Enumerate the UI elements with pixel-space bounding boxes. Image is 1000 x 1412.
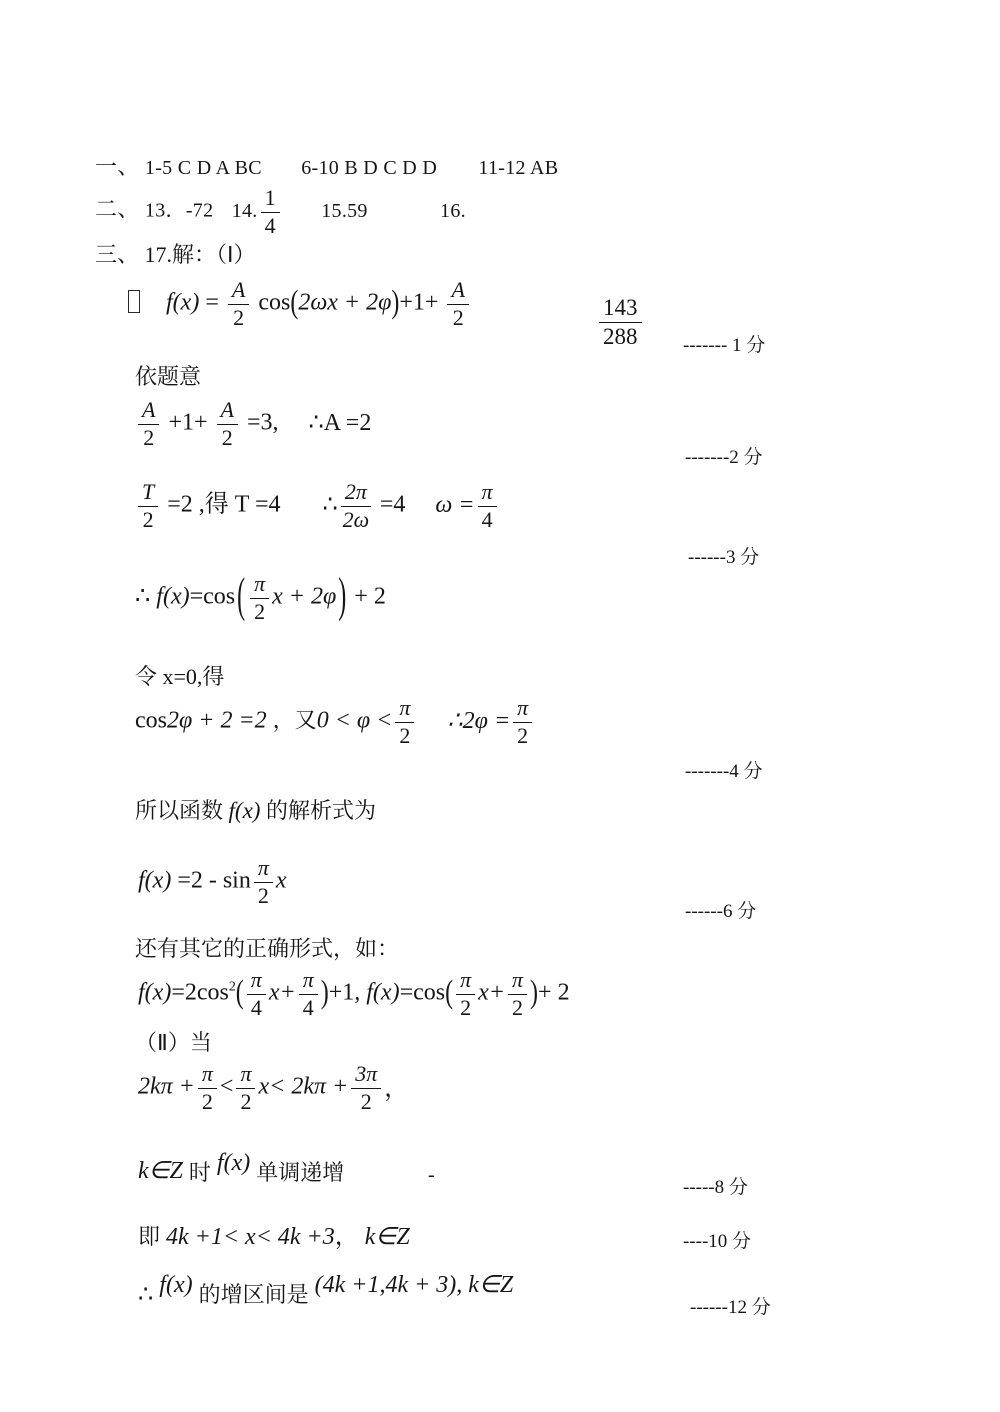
x-var: x: [276, 868, 287, 894]
formula-period: T2 =2 ,得 T =4 ∴2π2ω =4 ω =π4: [0, 480, 1000, 532]
fraction-pi-over-4: π4: [478, 480, 497, 532]
cos-label: cos: [135, 708, 167, 734]
formula-phase: cos2φ + 2 =2 ，又0 < φ <π2 ∴2φ =π2: [0, 696, 1000, 748]
line-solution-interval: 即 4k +1< x< 4k +3， k∈Z: [0, 1216, 1000, 1251]
text-other-forms: 还有其它的正确形式，如：: [0, 932, 1000, 963]
score-mark-10: ----10 分: [683, 1226, 751, 1253]
sin-label: sin: [223, 868, 251, 894]
fraction-t-over-2: T2: [138, 480, 158, 532]
x-plus: x+: [478, 980, 505, 1006]
equals-two-get-t: =2 ,得 T =4: [167, 492, 280, 518]
therefore-sign: ∴: [135, 584, 150, 610]
k-in-z: k∈Z: [138, 1158, 183, 1184]
right-paren: ): [338, 569, 346, 624]
equals-three: =3,: [247, 410, 279, 436]
phi-range: 0 < φ <: [317, 708, 393, 734]
missing-glyph-icon: [128, 290, 140, 313]
fraction-pi-over-2: π2: [513, 696, 532, 748]
score-mark-12: ------12 分: [690, 1292, 771, 1319]
k-in-z: k∈Z: [365, 1224, 410, 1250]
fraction-pi-over-4: π4: [247, 968, 266, 1020]
score-mark-6: ------6 分: [685, 896, 756, 923]
less-than: <: [220, 1074, 234, 1100]
fraction-pi-over-2: π2: [254, 856, 273, 908]
fraction-a-over-2: A2: [217, 398, 238, 450]
therefore-a-equals-2: ∴A =2: [309, 410, 372, 436]
plus-one-plus: +1+: [168, 410, 207, 436]
left-paren: (: [290, 285, 298, 321]
trailing-comma: ，: [384, 1076, 408, 1102]
right-paren: ): [321, 975, 329, 1011]
x-range: x< 2kπ +: [258, 1074, 348, 1100]
fx-term: f(x): [138, 980, 171, 1006]
text-that-is: 即: [138, 1224, 160, 1249]
score-mark-3: ------3 分: [688, 542, 759, 569]
right-paren: ): [391, 285, 399, 321]
two-k-pi-plus: 2kπ +: [138, 1074, 195, 1100]
fraction-3pi-over-2: 3π2: [351, 1062, 381, 1114]
text-pre: 所以函数: [135, 798, 223, 823]
cos-argument: x + 2φ: [272, 584, 336, 610]
equals-cos: =cos: [400, 980, 446, 1006]
answer-15: 15.59: [321, 200, 368, 222]
comma: ，: [335, 1224, 359, 1250]
comma-and: ，又: [273, 708, 317, 733]
plus-one-comma: +1,: [329, 980, 361, 1006]
line-conclusion: ∴ f(x) 的增区间是 (4k +1,4k + 3), k∈Z: [0, 1276, 1000, 1307]
left-paren: (: [445, 975, 453, 1011]
interval-expression: (4k +1,4k + 3), k∈Z: [315, 1272, 514, 1298]
text-increasing-interval: 的增区间是: [199, 1282, 309, 1307]
fraction-pi-over-2: π2: [250, 572, 269, 624]
equals-two-minus: =2 -: [177, 868, 217, 894]
text-according-to-problem: 依题意: [0, 360, 1000, 391]
text-post: 的解析式为: [266, 798, 376, 823]
fraction-pi-over-2: π2: [456, 968, 475, 1020]
equals-cos: =cos: [190, 584, 236, 610]
formula-fx-general: f(x) = A2 cos(2ωx + 2φ)+1+ A2: [0, 278, 1000, 330]
right-paren: ): [530, 975, 538, 1011]
answer-14-fraction: 14: [261, 186, 280, 238]
text-when: 时: [189, 1160, 211, 1185]
fx-term: f(x): [229, 798, 261, 823]
fx-term: f(x): [166, 290, 199, 316]
plus-one-plus: +1+: [399, 290, 438, 316]
cos-argument: 2ωx + 2φ: [298, 290, 391, 316]
therefore-sign: ∴: [323, 492, 338, 518]
plus-two: + 2: [354, 584, 386, 610]
section-bullet-2: 二、: [95, 197, 140, 222]
score-mark-2: -------2 分: [685, 442, 763, 469]
fraction-pi-over-2: π2: [508, 968, 527, 1020]
answers-1-5: 1-5 C D A BC: [145, 157, 262, 179]
answer-row-choices: 一、 1-5 C D A BC 6-10 B D C D D 11-12 AB: [0, 150, 1000, 181]
omega-equals: ω =: [435, 492, 474, 518]
formula-amplitude: A2 +1+ A2 =3, ∴A =2: [0, 398, 1000, 450]
answers-6-10: 6-10 B D C D D: [301, 157, 437, 179]
equals-four: =4: [380, 492, 406, 518]
therefore-two-phi: ∴2φ =: [447, 708, 510, 734]
text-so-function: 所以函数 f(x) 的解析式为: [0, 794, 1000, 825]
fraction-a-over-2: A2: [138, 398, 159, 450]
answer-13: 13．-72: [145, 200, 213, 222]
formula-alternate-forms: f(x)=2cos2(π4x+π4)+1, f(x)=cos(π2x+π2)+ …: [0, 968, 1000, 1020]
text-monotonic-increase: 单调递增: [256, 1160, 344, 1185]
fx-term: f(x): [366, 980, 399, 1006]
question-17-label: 17.解：（Ⅰ）: [145, 242, 256, 267]
equals-2cos: =2cos: [171, 980, 229, 1006]
fx-term: f(x): [138, 868, 171, 894]
stray-dash: -: [428, 1164, 435, 1187]
squared-exponent: 2: [229, 980, 236, 995]
fx-term: f(x): [156, 584, 189, 610]
section-bullet-3: 三、: [95, 242, 139, 267]
answer-16: 16.: [440, 200, 466, 222]
plus-two: + 2: [538, 980, 570, 1006]
fraction-pi-over-2: π2: [236, 1062, 255, 1114]
stray-fraction-143-288: 143 288: [599, 295, 642, 350]
answer-14-label: 14.: [232, 200, 258, 222]
fraction-pi-over-4: π4: [299, 968, 318, 1020]
fx-term: f(x): [159, 1272, 192, 1298]
fraction-2pi-over-2omega: 2π2ω: [341, 480, 371, 532]
score-mark-8: -----8 分: [683, 1172, 748, 1199]
left-paren: (: [236, 975, 244, 1011]
section-17-heading: 三、 17.解：（Ⅰ）: [0, 238, 1000, 269]
formula-fx-result: f(x) =2 - sinπ2x: [0, 856, 1000, 908]
fraction-a-over-2: A2: [228, 278, 249, 330]
x-plus: x+: [269, 980, 296, 1006]
line-monotonic: k∈Z 时 f(x) 单调递增 -: [0, 1154, 1000, 1185]
score-mark-1: ------- 1 分: [683, 330, 765, 357]
fx-term: f(x): [217, 1150, 250, 1176]
left-paren: (: [237, 569, 245, 624]
fraction-a-over-2: A2: [447, 278, 468, 330]
fraction-pi-over-2: π2: [198, 1062, 217, 1114]
formula-inequality: 2kπ +π2<π2x< 2kπ +3π2，: [0, 1062, 1000, 1114]
cos-label: cos: [258, 290, 290, 316]
equals: =: [205, 290, 219, 316]
answer-row-fill-in: 二、 13．-72 14.14 15.59 16.: [0, 186, 1000, 238]
fraction-pi-over-2: π2: [395, 696, 414, 748]
inequality-4k: 4k +1< x< 4k +3: [166, 1224, 335, 1250]
two-phi-plus-two: 2φ + 2 =2: [167, 708, 267, 734]
text-let-x-zero: 令 x=0,得: [0, 660, 1000, 691]
therefore-sign: ∴: [138, 1282, 153, 1308]
section-bullet-1: 一、: [95, 154, 140, 179]
document-page: 一、 1-5 C D A BC 6-10 B D C D D 11-12 AB …: [0, 0, 1000, 1412]
part-2-heading: （Ⅱ）当: [0, 1026, 1000, 1057]
answers-11-12: 11-12 AB: [478, 157, 558, 179]
score-mark-4: -------4 分: [685, 756, 763, 783]
formula-fx-cos: ∴ f(x)=cos(π2x + 2φ) + 2: [0, 572, 1000, 624]
